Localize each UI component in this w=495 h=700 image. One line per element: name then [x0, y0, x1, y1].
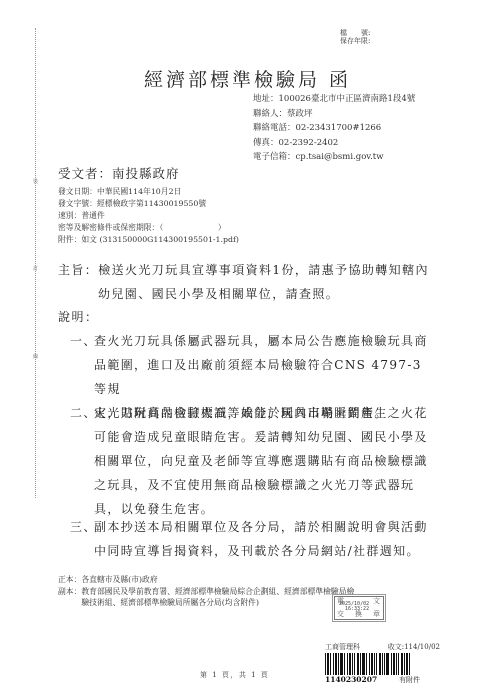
- subject-block: 主旨：檢送火光刀玩具宣導事項資料1份，請惠予協助轉知轄內 幼兒園、國民小學及相關…: [58, 258, 429, 306]
- receipt-barcode: 工商管理科 收文:114/10/02 1140230207 有附件: [325, 642, 440, 685]
- margin-mark-staple: 訂: [31, 265, 40, 272]
- copy-label: 副本：: [58, 586, 81, 609]
- document-number: 發文字號：經標檢政字第11430019550號: [58, 198, 239, 210]
- item-line: 副本抄送本局相關單位及各分局，請於相關說明會與活動: [70, 515, 430, 539]
- delivery-speed: 速別：普通件: [58, 210, 239, 222]
- explanation-label: 說明：: [58, 308, 99, 325]
- margin-mark-bind: 裝: [31, 178, 40, 185]
- original-label: 正本：: [58, 574, 81, 586]
- barcode-icon: [325, 653, 440, 675]
- copy-recipients-line-1: 教育部國民及學前教育署、經濟部標準檢驗局綜合企劃組、經濟部標準檢驗局檢: [81, 586, 478, 598]
- item-number: 一、: [70, 329, 97, 353]
- stamp-char: 文: [373, 596, 380, 606]
- item-line: 品範圍，進口及出廠前須經本局檢驗符合CNS 4797-3等規: [70, 353, 430, 401]
- confidentiality: 密等及解密條件或保密期限：（ ）: [58, 222, 239, 234]
- issue-date: 發文日期：中華民國114年10月2日: [58, 186, 239, 198]
- received-date: 收文:114/10/02: [388, 642, 440, 652]
- document-title: 經濟部標準檢驗局 函: [0, 65, 495, 92]
- item-line: 相關單位，向兒童及老師等宣導應選購貼有商品檢驗標識: [70, 449, 430, 473]
- contact-phone: 聯絡電話：02-23431700#1266: [253, 121, 415, 136]
- item-number: 三、: [70, 515, 97, 539]
- contact-person: 聯絡人：蔡政坪: [253, 107, 415, 122]
- item-line: 可能會造成兒童眼睛危害。爰請轉知幼兒園、國民小學及: [70, 425, 430, 449]
- stamp-char: 交: [337, 609, 344, 619]
- item-line: 之玩具，及不宜使用無商品檢驗標識之火光刀等武器玩: [70, 473, 430, 497]
- item-number: 二、: [70, 401, 97, 425]
- margin-mark-line: 線: [31, 353, 40, 360]
- subject-line-2: 幼兒園、國民小學及相關單位，請查照。: [58, 282, 429, 306]
- contact-fax: 傳真：02-2392-2402: [253, 136, 415, 151]
- page-number: 第 1 頁，共 1 頁: [200, 670, 269, 680]
- contact-block: 地址：100026臺北市中正區濟南路1段4號 聯絡人：蔡政坪 聯絡電話：02-2…: [253, 92, 415, 165]
- item-line: 中同時宣導旨揭資料，及刊載於各分局網站/社群週知。: [70, 539, 430, 563]
- electronic-exchange-stamp: 電 文 交 換 章 2025/10/02 16:33:22: [334, 596, 384, 620]
- attachment-link[interactable]: 附件：如文 (313150000G114300195501-1.pdf): [58, 234, 239, 246]
- stamp-time: 16:33:22: [345, 606, 369, 612]
- explanation-item-2: 二、 火光刀玩具內含打火石等成分，玩具出鞘瞬間產生之火花 可能會造成兒童眼睛危害…: [70, 401, 430, 521]
- contact-email[interactable]: 電子信箱：cp.tsai@bsmi.gov.tw: [253, 150, 415, 165]
- stamp-char: 章: [373, 609, 380, 619]
- subject-line-1: 檢送火光刀玩具宣導事項資料1份，請惠予協助轉知轄內: [98, 263, 429, 277]
- item-line: 火光刀玩具內含打火石等成分，玩具出鞘瞬間產生之火花: [70, 401, 430, 425]
- receiving-department: 工商管理科: [325, 642, 360, 652]
- attachment-note: 有附件: [399, 675, 420, 685]
- recipient: 受文者：南投縣政府: [58, 164, 180, 182]
- original-recipients: 各直轄市及縣(市)政府: [81, 574, 478, 586]
- subject-label: 主旨：: [58, 258, 98, 282]
- barcode-number: 1140230207: [325, 675, 377, 685]
- item-line: 查火光刀玩具係屬武器玩具，屬本局公告應施檢驗玩具商: [70, 329, 430, 353]
- copy-recipients-line-2: 驗技術組、經濟部標準檢驗局所屬各分局(均含附件): [81, 597, 478, 609]
- binding-margin-line: [35, 28, 37, 498]
- address: 地址：100026臺北市中正區濟南路1段4號: [253, 92, 415, 107]
- distribution-block: 正本： 各直轄市及縣(市)政府 副本： 教育部國民及學前教育署、經濟部標準檢驗局…: [58, 574, 478, 609]
- document-meta: 發文日期：中華民國114年10月2日 發文字號：經標檢政字第1143001955…: [58, 186, 239, 246]
- explanation-item-3: 三、 副本抄送本局相關單位及各分局，請於相關說明會與活動 中同時宣導旨揭資料，及…: [70, 515, 430, 563]
- retention-period-label: 保存年限:: [340, 37, 370, 46]
